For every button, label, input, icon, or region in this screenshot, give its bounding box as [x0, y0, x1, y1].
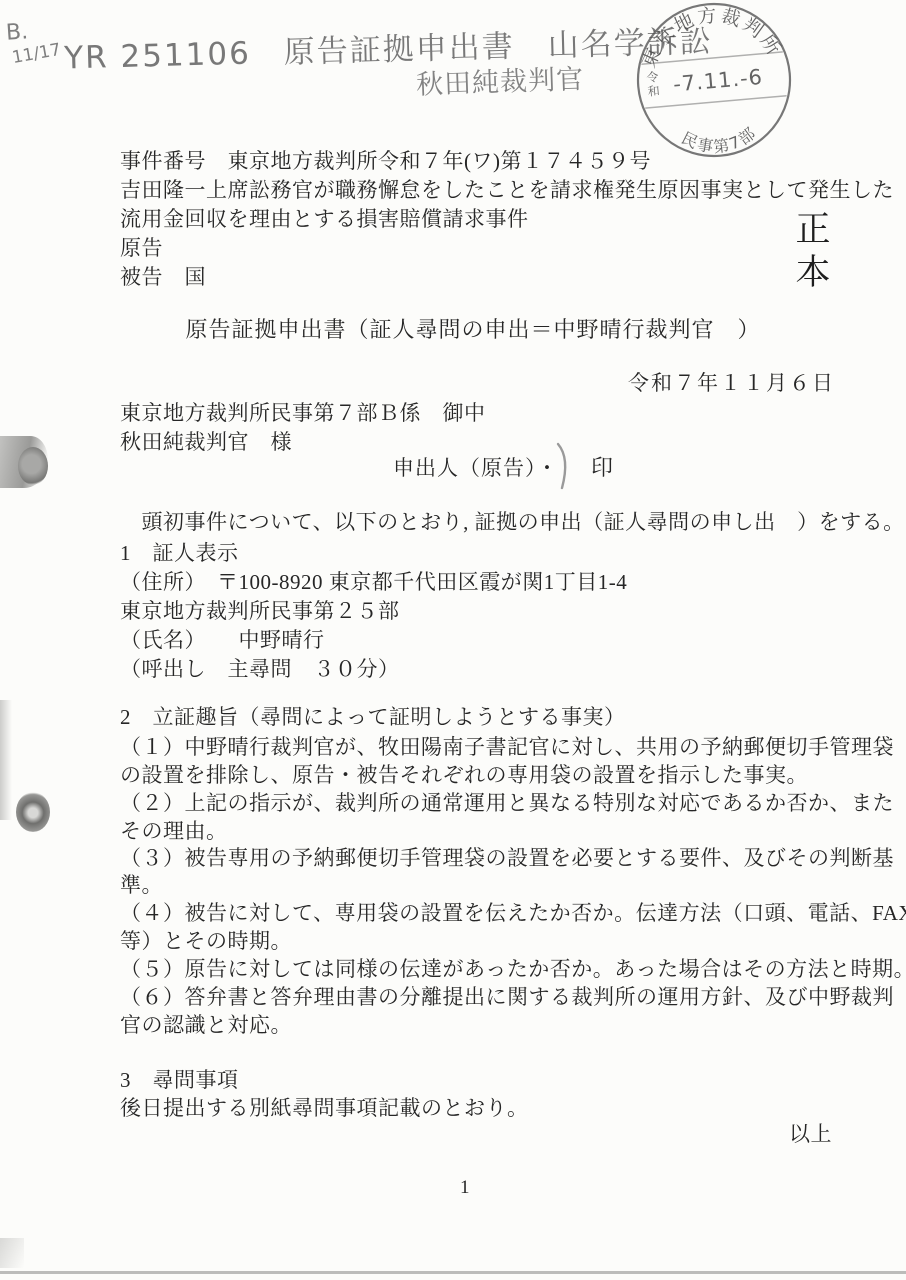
seal-placeholder: 印 — [591, 451, 613, 482]
plaintiff-line: 原告 — [120, 235, 866, 261]
section1-heading: 1 証人表示 — [120, 540, 866, 566]
bottom-left-smudge — [0, 1238, 24, 1268]
section2-item3-line2: 準。 — [120, 872, 866, 898]
section2-item5-line1: （５）原告に対しては同様の伝達があったか否か。あった場合はその方法と時期。 — [120, 956, 866, 982]
binder-clip-cap-bottom — [16, 792, 50, 832]
original-copy-mark: 正本 — [793, 210, 835, 310]
stamp-band-bottom-line — [645, 96, 786, 108]
document-date: 令和７年１１月６日 — [628, 370, 835, 396]
case-summary-line-1: 吉田隆一上席訟務官が職務懈怠をしたことを請求権発生原因事実として発生した — [120, 177, 866, 203]
section2-item2-line2: その理由。 — [120, 818, 866, 844]
scanned-page: B. 11/17 YR 251106 原告証拠申出書 山名学訴訟 秋田純裁判官 … — [0, 0, 906, 1280]
witness-court-line: 東京地方裁判所民事第２５部 — [120, 598, 866, 624]
pencil-corner-note-line1: B. — [5, 19, 29, 45]
court-receipt-stamp: 東京地方裁判所 令 和 -7.11.-6 民事第7部 — [623, 0, 805, 171]
scan-bottom-edge-line — [0, 1271, 906, 1274]
section3-body: 後日提出する別紙尋問事項記載のとおり。 — [120, 1095, 866, 1121]
section2-item3-line1: （３）被告専用の予納郵便切手管理袋の設置を必要とする要件、及びその判断基 — [120, 845, 866, 871]
stamp-era-char-2: 和 — [647, 84, 660, 99]
section2-item4-line2: 等）とその時期。 — [120, 928, 866, 954]
section2-item6-line1: （６）答弁書と答弁理由書の分離提出に関する裁判所の運用方針、及び中野裁判 — [120, 984, 866, 1010]
section2-item1-line1: （１）中野晴行裁判官が、牧田陽南子書記官に対し、共用の予納郵便切手管理袋 — [120, 734, 866, 760]
section2-item2-line1: （２）上記の指示が、裁判所の通常運用と異なる特別な対応であるか否か、また — [120, 790, 866, 816]
handwritten-paren-mark — [552, 442, 576, 492]
section2-item6-line2: 官の認識と対応。 — [120, 1012, 866, 1038]
closing-mark: 以上 — [120, 1121, 832, 1147]
witness-summon-line: （呼出し 主尋問 ３０分） — [120, 656, 866, 682]
defendant-line: 被告 国 — [120, 264, 866, 290]
section2-item1-line2: の設置を排除し、原告・被告それぞれの専用袋の設置を指示した事実。 — [120, 762, 866, 788]
stamp-court-name: 東京地方裁判所 — [633, 0, 787, 73]
section2-heading: 2 立証趣旨（尋問によって証明しようとする事実） — [120, 704, 866, 730]
stamp-era-char-1: 令 — [646, 69, 659, 85]
witness-address-line: （住所） 〒100-8920 東京都千代田区霞が関1丁目1-4 — [120, 569, 866, 595]
pencil-headline-note: YR 251106 原告証拠申出書 山名学訴訟 — [64, 16, 714, 78]
case-summary-line-2: 流用金回収を理由とする損害賠償請求事件 — [120, 206, 866, 232]
applicant-label: 申出人（原告）・ — [393, 452, 559, 482]
page-number: 1 — [460, 1177, 470, 1199]
intro-line: 頭初事件について、以下のとおり, 証拠の申出（証人尋問の申し出 ）をする。 — [120, 509, 866, 535]
addressee-court: 東京地方裁判所民事第７部Ｂ係 御中 — [120, 400, 866, 426]
svg-text:東京地方裁判所: 東京地方裁判所 — [633, 0, 787, 73]
stamp-date: -7.11.-6 — [672, 65, 764, 97]
pencil-judge-note: 秋田純裁判官 — [415, 57, 584, 102]
case-number-line: 事件番号 東京地方裁判所令和７年(ワ)第１７４５９号 — [120, 148, 866, 174]
witness-name-line: （氏名） 中野晴行 — [120, 627, 866, 653]
section2-item4-line1: （４）被告に対して、専用袋の設置を伝えたか否か。伝達方法（口頭、電話、FAX — [120, 900, 866, 926]
section3-heading: 3 尋問事項 — [120, 1067, 866, 1093]
document-title: 原告証拠申出書（証人尋問の申出＝中野晴行裁判官 ） — [120, 313, 826, 344]
binder-clip-cap-top — [18, 447, 48, 485]
